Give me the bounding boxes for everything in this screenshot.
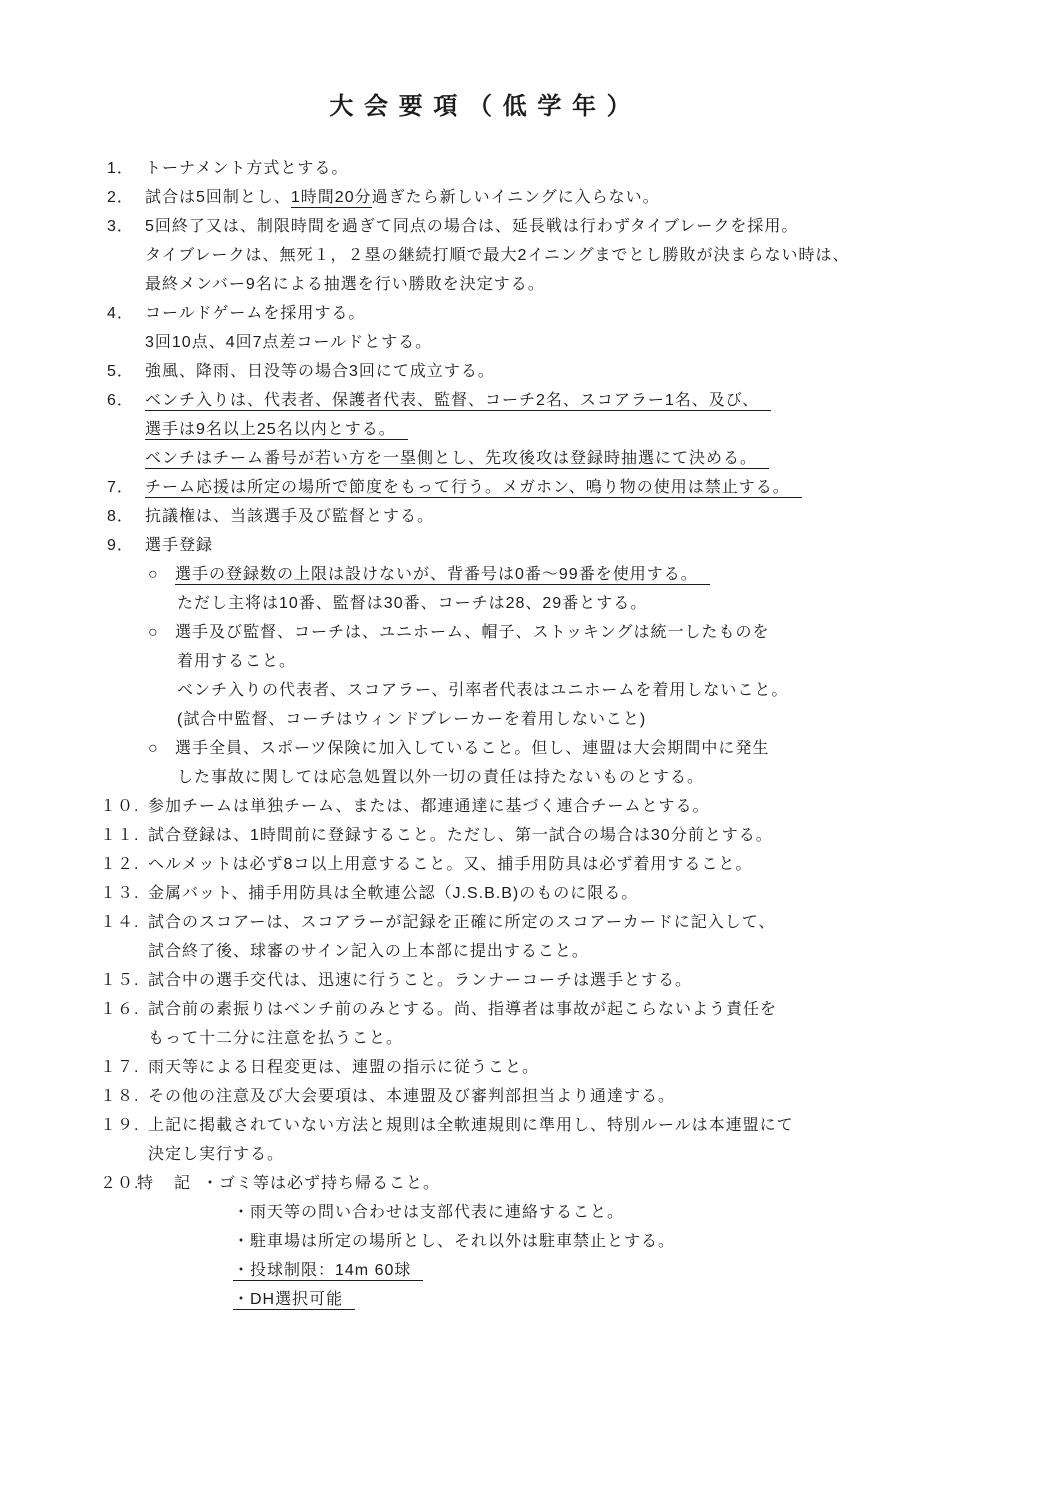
line-marker: 8． [107,502,134,531]
line-marker: 4． [107,299,134,328]
text-segment: 試合中の選手交代は、迅速に行うこと。ランナーコーチは選手とする。 [148,972,692,989]
text-segment: コールドゲームを採用する。 [145,305,365,322]
line-marker: ２０. [100,1169,139,1198]
line-marker: 5． [107,357,134,386]
line-marker: １７. [100,1053,139,1082]
page-title: 大 会 要 項 （ 低 学 年 ） [0,86,962,121]
document-line: 決定し実行する。 [0,1140,1058,1169]
text-segment: ただし主将は10番、監督は30番、コーチは28、29番とする。 [177,595,647,612]
line-marker: 6． [107,386,134,415]
document-line: 試合終了後、球審のサイン記入の上本部に提出すること。 [0,937,1058,966]
line-marker: １６. [100,995,139,1024]
text-segment: 抗議権は、当該選手及び監督とする。 [145,508,434,525]
text-segment: (試合中監督、コーチはウィンドブレーカーを着用しないこと) [177,711,646,728]
underlined-text: ・DH選択可能 [233,1291,355,1310]
document-line: ・DH選択可能 [0,1285,1058,1314]
document-line: ○選手の登録数の上限は設けないが、背番号は0番～99番を使用する。 [0,560,1058,589]
text-segment: 試合前の素振りはベンチ前のみとする。尚、指導者は事故が起こらないよう責任を [148,1001,777,1018]
document-line: 5．強風、降雨、日没等の場合3回にて成立する。 [0,357,1058,386]
underlined-text: ・投球制限：14m 60球 [233,1262,423,1281]
underlined-text: ベンチはチーム番号が若い方を一塁側とし、先攻後攻は登録時抽選にて決める。 [145,450,769,469]
underlined-text: チーム応援は所定の場所で節度をもって行う。メガホン、鳴り物の使用は禁止する。 [145,479,802,498]
line-marker: １３. [100,879,139,908]
text-segment: 選手及び監督、コーチは、ユニホーム、帽子、ストッキングは統一したものを [175,624,770,641]
document-line: 7．チーム応援は所定の場所で節度をもって行う。メガホン、鳴り物の使用は禁止する。 [0,473,1058,502]
line-marker: ○ [148,734,159,763]
underlined-text: 選手の登録数の上限は設けないが、背番号は0番～99番を使用する。 [175,566,710,585]
document-line: １８.その他の注意及び大会要項は、本連盟及び審判部担当より通達する。 [0,1082,1058,1111]
text-segment: 上記に掲載されていない方法と規則は全軟連規則に準用し、特別ルールは本連盟にて [148,1117,794,1134]
text-segment: ヘルメットは必ず8コ以上用意すること。又、捕手用防具は必ず着用すること。 [148,856,752,873]
document-line: １９.上記に掲載されていない方法と規則は全軟連規則に準用し、特別ルールは本連盟に… [0,1111,1058,1140]
text-segment: 最終メンバー9名による抽選を行い勝敗を決定する。 [145,276,545,293]
text-segment: もって十二分に注意を払うこと。 [148,1030,403,1047]
text-segment: 過ぎたら新しいイニングに入らない。 [372,189,660,206]
document-line: ・投球制限：14m 60球 [0,1256,1058,1285]
line-marker: １５. [100,966,139,995]
document-line: 最終メンバー9名による抽選を行い勝敗を決定する。 [0,270,1058,299]
document-body: 1．トーナメント方式とする。2．試合は5回制とし、1時間20分過ぎたら新しいイニ… [0,154,1058,1314]
line-marker: ○ [148,618,159,647]
text-segment: その他の注意及び大会要項は、本連盟及び審判部担当より通達する。 [148,1088,675,1105]
document-line: 6．ベンチ入りは、代表者、保護者代表、監督、コーチ2名、スコアラー1名、及び、 [0,386,1058,415]
document-line: １１.試合登録は、1時間前に登録すること。ただし、第一試合の場合は30分前とする… [0,821,1058,850]
underlined-text: ベンチ入りは、代表者、保護者代表、監督、コーチ2名、スコアラー1名、及び、 [145,392,771,411]
line-marker: １１. [100,821,139,850]
line-marker: 9． [107,531,134,560]
text-segment: ・雨天等の問い合わせは支部代表に連絡すること。 [233,1204,624,1221]
text-segment: ・駐車場は所定の場所とし、それ以外は駐車禁止とする。 [233,1233,675,1250]
document-line: ベンチはチーム番号が若い方を一塁側とし、先攻後攻は登録時抽選にて決める。 [0,444,1058,473]
text-segment: 試合は5回制とし、 [145,189,291,206]
text-segment: 着用すること。 [177,653,296,670]
line-marker: 7． [107,473,134,502]
document-line: 2．試合は5回制とし、1時間20分過ぎたら新しいイニングに入らない。 [0,183,1058,212]
text-segment: 5回終了又は、制限時間を過ぎて同点の場合は、延長戦は行わずタイブレークを採用。 [145,218,798,235]
text-segment: 選手全員、スポーツ保険に加入していること。但し、連盟は大会期間中に発生 [175,740,769,757]
text-segment: 試合のスコアーは、スコアラーが記録を正確に所定のスコアーカードに記入して、 [148,914,775,931]
document-line: ・駐車場は所定の場所とし、それ以外は駐車禁止とする。 [0,1227,1058,1256]
text-segment: した事故に関しては応急処置以外一切の責任は持たないものとする。 [177,769,704,786]
document-line: 選手は9名以上25名以内とする。 [0,415,1058,444]
document-line: １６.試合前の素振りはベンチ前のみとする。尚、指導者は事故が起こらないよう責任を [0,995,1058,1024]
text-segment: タイブレークは、無死１，２塁の継続打順で最大2イニングまでとし勝敗が決まらない時… [145,247,850,264]
text-segment: 強風、降雨、日没等の場合3回にて成立する。 [145,363,495,380]
text-segment: 金属バット、捕手用防具は全軟連公認（J.S.B.B)のものに限る。 [148,885,638,902]
document-line: １５.試合中の選手交代は、迅速に行うこと。ランナーコーチは選手とする。 [0,966,1058,995]
document-line: ○選手及び監督、コーチは、ユニホーム、帽子、ストッキングは統一したものを [0,618,1058,647]
text-segment: ・ゴミ等は必ず持ち帰ること。 [202,1175,440,1192]
line-marker: １２. [100,850,139,879]
line-marker: 2． [107,183,134,212]
line-marker: １８. [100,1082,139,1111]
line-marker: ○ [148,560,159,589]
document-line: (試合中監督、コーチはウィンドブレーカーを着用しないこと) [0,705,1058,734]
document-line: 8．抗議権は、当該選手及び監督とする。 [0,502,1058,531]
text-segment: 試合登録は、1時間前に登録すること。ただし、第一試合の場合は30分前とする。 [148,827,773,844]
document-line: ただし主将は10番、監督は30番、コーチは28、29番とする。 [0,589,1058,618]
text-segment: 決定し実行する。 [148,1146,284,1163]
line-marker: 記 [174,1169,191,1198]
document-line: ２０.特記・ゴミ等は必ず持ち帰ること。 [0,1169,1058,1198]
document-line: 着用すること。 [0,647,1058,676]
document-page: 大 会 要 項 （ 低 学 年 ） 1．トーナメント方式とする。2．試合は5回制… [0,0,1058,1497]
text-segment: ベンチ入りの代表者、スコアラー、引率者代表はユニホームを着用しないこと。 [177,682,788,699]
text-segment: 参加チームは単独チーム、または、都連通達に基づく連合チームとする。 [148,798,709,815]
document-line: 1．トーナメント方式とする。 [0,154,1058,183]
document-line: ベンチ入りの代表者、スコアラー、引率者代表はユニホームを着用しないこと。 [0,676,1058,705]
document-line: もって十二分に注意を払うこと。 [0,1024,1058,1053]
line-marker: 特 [137,1169,154,1198]
text-segment: 選手登録 [145,537,213,554]
document-line: した事故に関しては応急処置以外一切の責任は持たないものとする。 [0,763,1058,792]
text-segment: 3回10点、4回7点差コールドとする。 [145,334,432,351]
document-line: １２.ヘルメットは必ず8コ以上用意すること。又、捕手用防具は必ず着用すること。 [0,850,1058,879]
line-marker: 3． [107,212,134,241]
document-line: １４.試合のスコアーは、スコアラーが記録を正確に所定のスコアーカードに記入して、 [0,908,1058,937]
document-line: 3．5回終了又は、制限時間を過ぎて同点の場合は、延長戦は行わずタイブレークを採用… [0,212,1058,241]
line-marker: １９. [100,1111,139,1140]
underlined-text: 1時間20分 [291,189,372,208]
document-line: 3回10点、4回7点差コールドとする。 [0,328,1058,357]
line-marker: 1． [107,154,134,183]
document-line: 4．コールドゲームを採用する。 [0,299,1058,328]
underlined-text: 選手は9名以上25名以内とする。 [145,421,408,440]
line-marker: １４. [100,908,139,937]
document-line: ・雨天等の問い合わせは支部代表に連絡すること。 [0,1198,1058,1227]
document-line: １０.参加チームは単独チーム、または、都連通達に基づく連合チームとする。 [0,792,1058,821]
text-segment: 雨天等による日程変更は、連盟の指示に従うこと。 [148,1059,539,1076]
text-segment: 試合終了後、球審のサイン記入の上本部に提出すること。 [148,943,589,960]
document-line: 9．選手登録 [0,531,1058,560]
text-segment: トーナメント方式とする。 [145,160,348,177]
document-line: タイブレークは、無死１，２塁の継続打順で最大2イニングまでとし勝敗が決まらない時… [0,241,1058,270]
document-line: ○選手全員、スポーツ保険に加入していること。但し、連盟は大会期間中に発生 [0,734,1058,763]
document-line: １７.雨天等による日程変更は、連盟の指示に従うこと。 [0,1053,1058,1082]
document-line: １３.金属バット、捕手用防具は全軟連公認（J.S.B.B)のものに限る。 [0,879,1058,908]
line-marker: １０. [100,792,139,821]
